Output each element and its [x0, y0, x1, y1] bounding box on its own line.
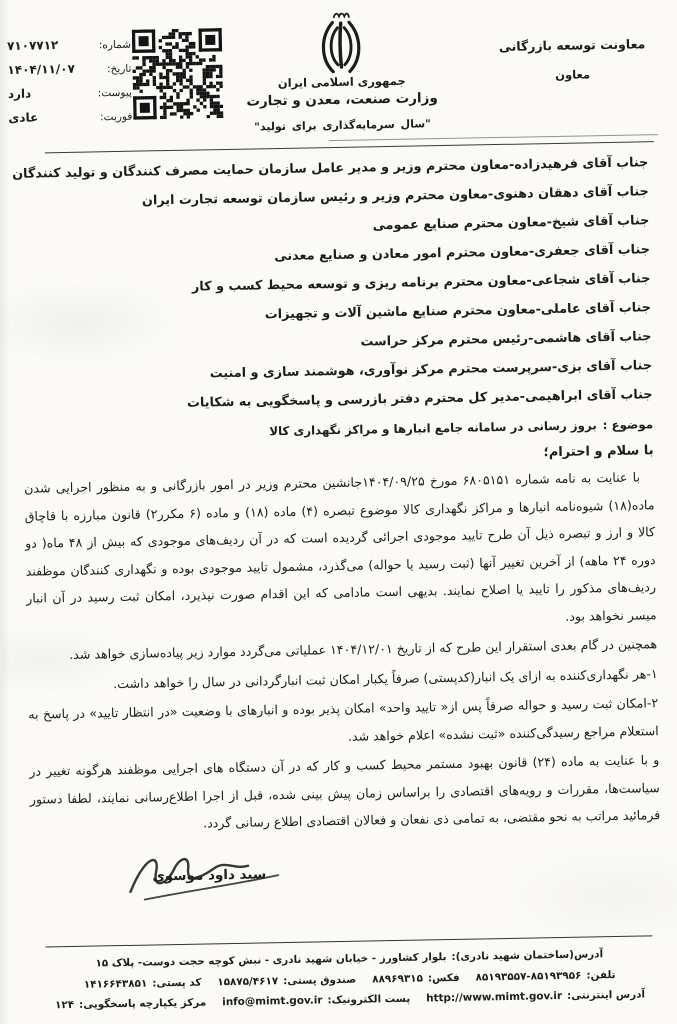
footer-pair-label: پست الکترونیک:	[327, 989, 410, 1011]
footer-pair-value: ۸۵۱۹۳۵۵۷-۸۵۱۹۳۹۵۶	[475, 965, 581, 987]
footer-pair-value: info@mimt.gov.ir	[222, 990, 323, 1012]
footer-pair: پست الکترونیک:info@mimt.gov.ir	[222, 989, 410, 1013]
qr-code	[132, 28, 224, 120]
meta-value: ۷۱۰۷۷۱۲	[7, 38, 59, 53]
body-paragraph: و با عنایت به ماده (۲۴) قانون بهبود مستم…	[29, 746, 660, 840]
iran-emblem-icon	[230, 10, 451, 76]
meta-row: شماره:۷۱۰۷۷۱۲	[7, 37, 131, 53]
letter-sheet: شماره:۷۱۰۷۷۱۲تاریخ:۱۴۰۴/۱۱/۰۷پیوست:داردف…	[0, 0, 677, 1024]
signature-block: سید داود موسوی	[114, 863, 304, 885]
letter-content: جناب آقای فرهیدزاده-معاون محترم وزیر و م…	[18, 148, 660, 842]
meta-value: ۱۴۰۴/۱۱/۰۷	[7, 62, 75, 77]
meta-row: فوریت:عادی	[8, 109, 132, 125]
country-name: جمهوری اسلامی ایران	[232, 73, 452, 91]
qr-code-icon	[132, 28, 224, 120]
meta-label: فوریت:	[100, 111, 133, 124]
letter-body: با عنایت به نامه شماره ۶۸۰۵۱۵۱ مورخ ۱۴۰۴…	[24, 463, 661, 840]
meta-value: دارد	[8, 87, 32, 101]
footer-pair-label: آدرس اینترنتی:	[567, 984, 645, 1006]
footer-pair-value: http://www.mimt.gov.ir	[426, 986, 562, 1009]
footer-pair: آدرس اینترنتی:http://www.mimt.gov.ir	[426, 984, 645, 1009]
footer-pair: فکس:۸۸۹۶۹۳۱۵	[372, 967, 460, 989]
recipient-list: جناب آقای فرهیدزاده-معاون محترم وزیر و م…	[18, 148, 653, 421]
letterhead: شماره:۷۱۰۷۷۱۲تاریخ:۱۴۰۴/۱۱/۰۷پیوست:داردف…	[0, 0, 667, 6]
subject-label: موضوع :	[602, 413, 653, 436]
letter-meta: شماره:۷۱۰۷۷۱۲تاریخ:۱۴۰۴/۱۱/۰۷پیوست:داردف…	[7, 37, 133, 135]
footer-pair-label: صندوق پستی:	[283, 969, 356, 991]
footer-pair-label: فکس:	[428, 967, 460, 988]
department-title: معاونت توسعه بازرگانی	[486, 36, 658, 54]
body-paragraph: ۲-امکان ثبت رسید و حواله صرفاً پس از« تا…	[28, 689, 659, 756]
address-label: آدرس(ساختمان شهید نادری):	[451, 944, 603, 967]
footer-pair-value: ۱۲۴	[55, 995, 74, 1016]
footer-pair-value: ۸۸۹۶۹۳۱۵	[372, 968, 423, 989]
year-slogan: "سال سرمایه‌گذاری برای تولید"	[232, 117, 452, 134]
signatory-name: سید داود موسوی	[152, 866, 266, 884]
footer-pair: کد پستی:۱۴۱۶۶۴۳۸۵۱	[84, 972, 202, 995]
meta-value: عادی	[8, 110, 38, 125]
department-block: معاونت توسعه بازرگانی معاون	[486, 36, 659, 83]
footer-pair-value: ۱۴۱۶۶۴۳۸۵۱	[84, 973, 148, 995]
meta-row: تاریخ:۱۴۰۴/۱۱/۰۷	[7, 61, 131, 77]
letterhead-center: جمهوری اسلامی ایران وزارت صنعت، معدن و ت…	[230, 10, 452, 134]
meta-label: تاریخ:	[107, 63, 132, 75]
footer-pair: تلفن:۸۵۱۹۳۵۵۷-۸۵۱۹۳۹۵۶	[475, 964, 615, 987]
scanned-letter-page: { "colors": { "ink": "#1d1d1d", "paper":…	[0, 0, 677, 1024]
footer-pair-label: مرکز یکپارچه پاسخگویی:	[79, 993, 206, 1016]
footer-pair: مرکز یکپارچه پاسخگویی:۱۲۴	[55, 993, 207, 1016]
letter-footer: آدرس(ساختمان شهید نادری): بلوار کشاورز -…	[46, 935, 654, 1016]
footer-pair: صندوق پستی:۱۵۸۷۵/۴۶۱۷	[217, 969, 356, 992]
meta-label: پیوست:	[98, 87, 132, 100]
meta-row: پیوست:دارد	[8, 85, 132, 101]
footer-pair-label: کد پستی:	[152, 972, 201, 993]
ministry-name: وزارت صنعت، معدن و تجارت	[232, 90, 452, 110]
department-subtitle: معاون	[487, 66, 659, 83]
footer-pair-label: تلفن:	[586, 964, 616, 985]
meta-label: شماره:	[99, 39, 131, 52]
subject-text: بروز رسانی در سامانه جامع انبارها و مراک…	[269, 414, 597, 442]
body-paragraph: با عنایت به نامه شماره ۶۸۰۵۱۵۱ مورخ ۱۴۰۴…	[24, 463, 657, 640]
footer-pair-value: ۱۵۸۷۵/۴۶۱۷	[217, 971, 278, 993]
